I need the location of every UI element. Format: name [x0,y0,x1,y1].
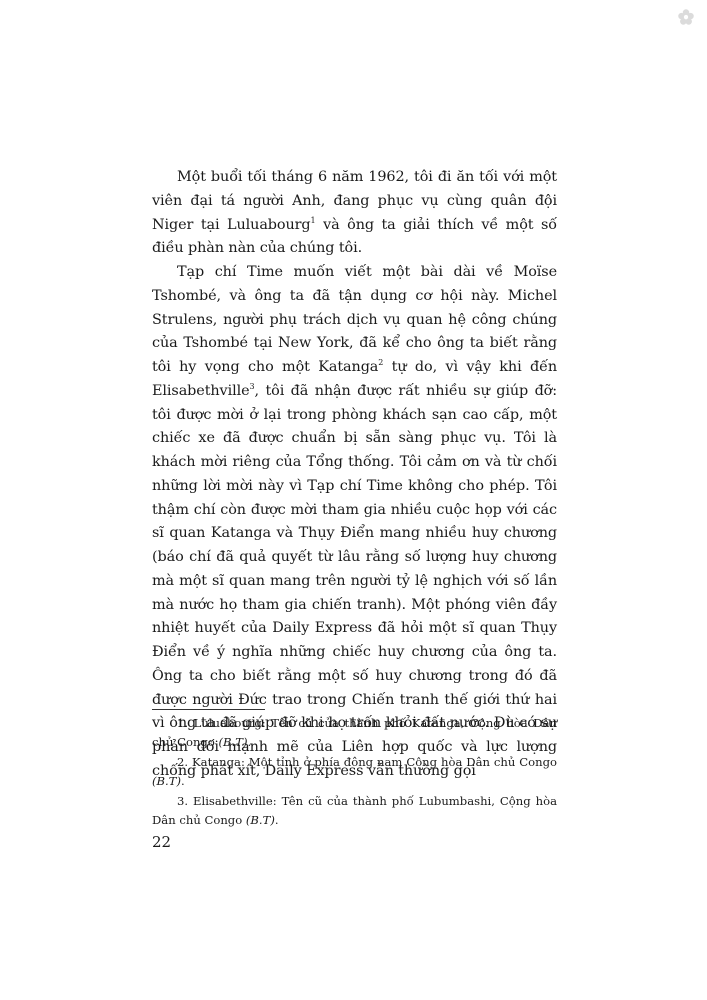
paragraph: Tạp chí Time muốn viết một bài dài về Mo… [152,261,557,784]
editor-note: (B.T) [219,735,248,749]
footnote: 2. Katanga: Một tỉnh ở phía đông nam Cộn… [152,753,557,792]
editor-note: (B.T) [246,813,275,827]
flower-watermark-icon [677,8,695,26]
paragraph: Một buổi tối tháng 6 năm 1962, tôi đi ăn… [152,166,557,261]
footnote-reference: 2 [378,358,383,367]
footnotes: 1. Luluabourg: Tên cũ của thành phố Kata… [152,714,557,830]
body-text: Một buổi tối tháng 6 năm 1962, tôi đi ăn… [152,166,557,784]
footnote: 1. Luluabourg: Tên cũ của thành phố Kata… [152,714,557,753]
footnote-divider [152,709,265,710]
footnote-reference: 1 [311,216,316,225]
page-number: 22 [152,832,171,852]
footnote-reference: 3 [250,382,255,391]
editor-note: (B.T) [152,774,181,788]
footnote: 3. Elisabethville: Tên cũ của thành phố … [152,792,557,831]
